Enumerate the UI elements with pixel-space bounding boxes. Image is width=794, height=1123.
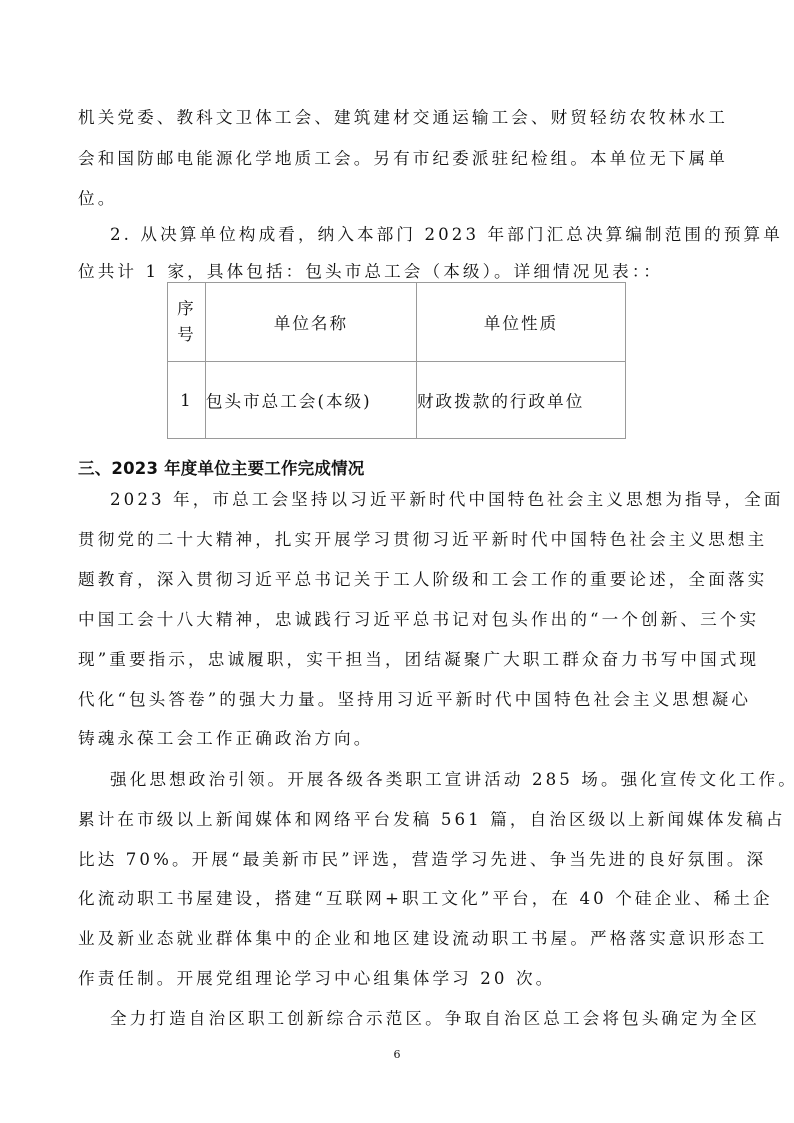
body-text-line: 题教育，深入贯彻习近平总书记关于工人阶级和工会工作的重要论述，全面落实 bbox=[78, 570, 718, 590]
body-text-line: 机关党委、教科文卫体工会、建筑建材交通运输工会、财贸轻纺农牧林水工 bbox=[78, 108, 718, 128]
budget-units-table: 序 号 单位名称 单位性质 1 包头市总工会(本级) 财政拨款的行政单位 bbox=[167, 282, 626, 439]
body-text-line: 铸魂永葆工会工作正确政治方向。 bbox=[78, 729, 718, 749]
section-heading: 三、2023 年度单位主要工作完成情况 bbox=[78, 455, 364, 479]
header-seq: 序 号 bbox=[168, 283, 206, 362]
header-unit-name: 单位名称 bbox=[205, 283, 416, 362]
body-text-line: 会和国防邮电能源化学地质工会。另有市纪委派驻纪检组。本单位无下属单 bbox=[78, 149, 718, 169]
body-text-line: 比达 70%。开展“最美新市民”评选，营造学习先进、争当先进的良好氛围。深 bbox=[78, 850, 718, 870]
body-text-line: 贯彻党的二十大精神，扎实开展学习贯彻习近平新时代中国特色社会主义思想主 bbox=[78, 530, 718, 550]
body-text-line: 业及新业态就业群体集中的企业和地区建设流动职工书屋。严格落实意识形态工 bbox=[78, 929, 718, 949]
body-text-line: 2. 从决算单位构成看，纳入本部门 2023 年部门汇总决算编制范围的预算单 bbox=[110, 225, 718, 245]
body-text-line: 化流动职工书屋建设，搭建“互联网+职工文化”平台，在 40 个硅企业、稀土企 bbox=[78, 889, 718, 909]
header-unit-nature: 单位性质 bbox=[416, 283, 625, 362]
body-text-line: 位共计 1 家，具体包括：包头市总工会（本级）。详细情况见表：： bbox=[78, 262, 718, 282]
cell-seq: 1 bbox=[168, 362, 206, 439]
table-row: 1 包头市总工会(本级) 财政拨款的行政单位 bbox=[168, 362, 626, 439]
cell-unit-nature: 财政拨款的行政单位 bbox=[416, 362, 625, 439]
body-text-line: 中国工会十八大精神，忠诚践行习近平总书记对包头作出的“一个创新、三个实 bbox=[78, 610, 718, 630]
body-text-line: 现”重要指示，忠诚履职，实干担当，团结凝聚广大职工群众奋力书写中国式现 bbox=[78, 650, 718, 670]
body-text-line: 强化思想政治引领。开展各级各类职工宣讲活动 285 场。强化宣传文化工作。 bbox=[110, 770, 718, 790]
body-text-line: 代化“包头答卷”的强大力量。坚持用习近平新时代中国特色社会主义思想凝心 bbox=[78, 690, 718, 710]
body-text-line: 位。 bbox=[78, 189, 718, 209]
header-seq-part: 号 bbox=[168, 322, 205, 348]
body-text-line: 全力打造自治区职工创新综合示范区。争取自治区总工会将包头确定为全区 bbox=[110, 1009, 718, 1029]
body-text-line: 2023 年，市总工会坚持以习近平新时代中国特色社会主义思想为指导，全面 bbox=[110, 490, 718, 510]
body-text-line: 累计在市级以上新闻媒体和网络平台发稿 561 篇，自治区级以上新闻媒体发稿占 bbox=[78, 810, 718, 830]
page-number: 6 bbox=[0, 1048, 794, 1061]
cell-unit-name: 包头市总工会(本级) bbox=[205, 362, 416, 439]
header-seq-part: 序 bbox=[168, 296, 205, 322]
table-header-row: 序 号 单位名称 单位性质 bbox=[168, 283, 626, 362]
body-text-line: 作责任制。开展党组理论学习中心组集体学习 20 次。 bbox=[78, 969, 718, 989]
